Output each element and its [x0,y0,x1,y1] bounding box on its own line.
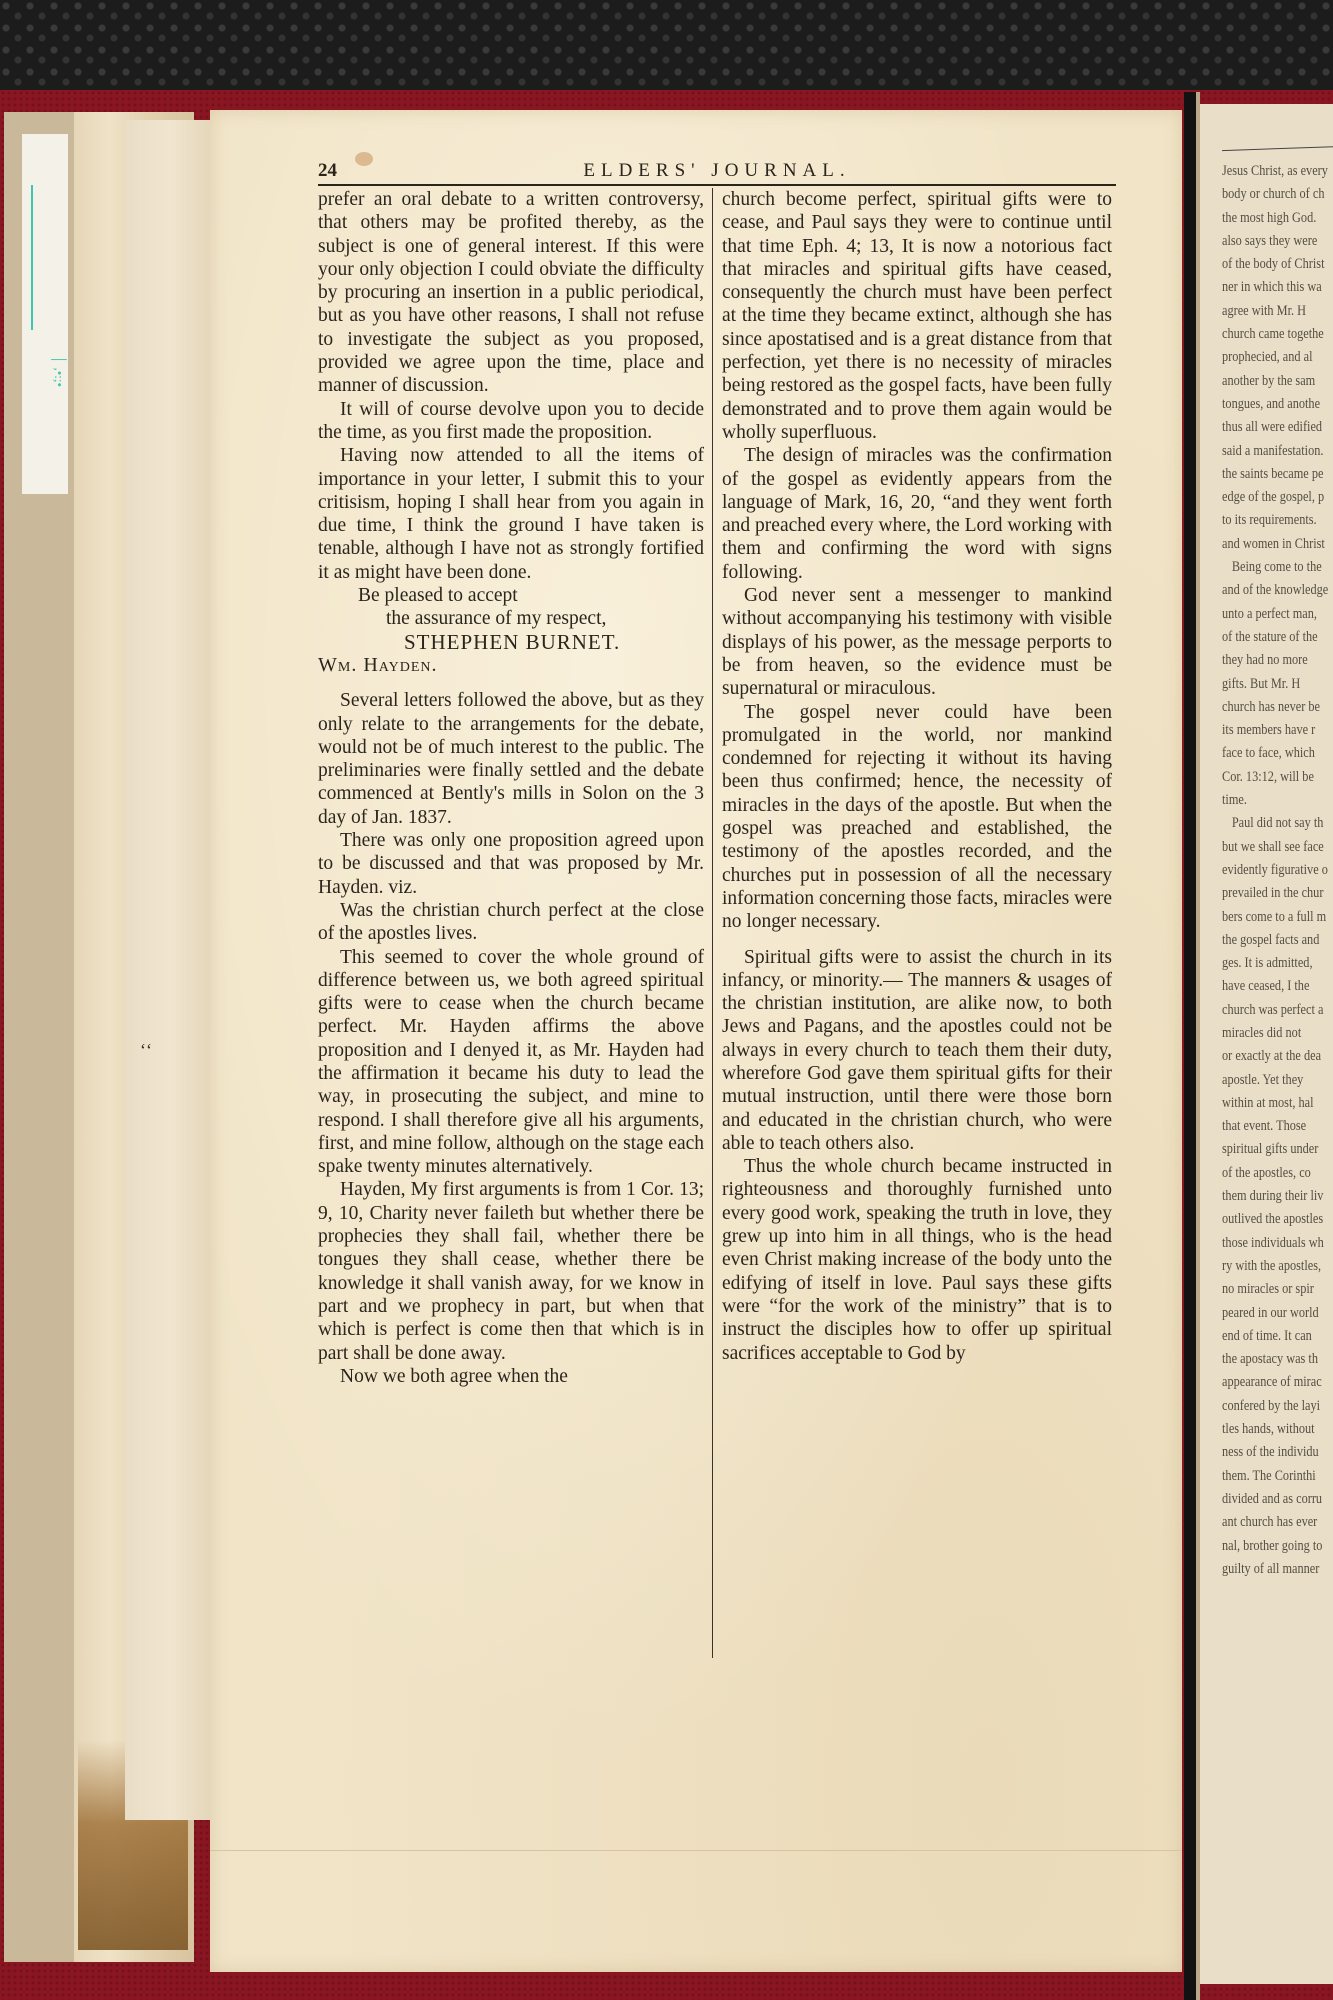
paragraph: God never sent a messenger to mankind wi… [722,584,1112,700]
facing-page-line: church was perfect a [1222,999,1333,1022]
facing-page-line: appearance of mirac [1222,1371,1333,1394]
facing-page-line: agree with Mr. H [1222,300,1333,323]
facing-page-line: them during their liv [1222,1185,1333,1208]
paragraph: church become perfect, spiritual gifts w… [722,188,1112,444]
facing-page-line: evidently figurative o [1222,859,1333,882]
facing-page-line: those individuals wh [1222,1232,1333,1255]
slip-ink-line [31,185,33,330]
book-gutter [1184,92,1196,2000]
facing-page-line: the gospel facts and [1222,929,1333,952]
facing-page-line: ry with the apostles, [1222,1255,1333,1278]
facing-page-text: Jesus Christ, as everybody or church of … [1222,160,1333,1581]
running-title: ELDERS' JOURNAL. [318,160,1116,182]
library-slip [22,134,68,494]
facing-page-line: church has never be [1222,696,1333,719]
facing-page-line: Jesus Christ, as every [1222,160,1333,183]
paragraph: Spiritual gifts were to assist the churc… [722,946,1112,1156]
facing-page-line: ness of the individu [1222,1441,1333,1464]
facing-page-line: divided and as corru [1222,1488,1333,1511]
facing-page-line: nal, brother going to [1222,1535,1333,1558]
facing-page-line: another by the sam [1222,370,1333,393]
addressee: Wm. Hayden. [318,654,704,677]
page-bottom-edge [210,1850,1182,1861]
facing-page-line: but we shall see face [1222,836,1333,859]
margin-mark: ‘ʻ [140,1040,152,1061]
facing-page-line: Paul did not say th [1222,812,1333,835]
facing-page-line: of the body of Christ [1222,253,1333,276]
facing-page-line: that event. Those [1222,1115,1333,1138]
spacer [318,677,704,689]
facing-page-line: thus all were edified [1222,416,1333,439]
closing-line: Be pleased to accept [318,584,704,607]
paragraph: It will of course devolve upon you to de… [318,398,704,445]
spacer [722,934,1112,946]
facing-page-line: face to face, which [1222,742,1333,765]
facing-page-line: the saints became pe [1222,463,1333,486]
left-column: prefer an oral debate to a written contr… [318,188,704,1388]
facing-page-line: time. [1222,789,1333,812]
paragraph: Now we both agree when the [318,1365,704,1388]
facing-page-line: tongues, and anothe [1222,393,1333,416]
facing-page-line: they had no more [1222,649,1333,672]
paragraph: Several letters followed the above, but … [318,689,704,829]
facing-header-rule [1222,146,1333,151]
facing-page-line: and women in Christ [1222,533,1333,556]
facing-page-line: its members have r [1222,719,1333,742]
facing-page-line: also says they were [1222,230,1333,253]
paragraph: Having now attended to all the items of … [318,444,704,584]
facing-page-line: outlived the apostles [1222,1208,1333,1231]
facing-page-line: to its requirements. [1222,509,1333,532]
facing-page-line: miracles did not [1222,1022,1333,1045]
facing-page-line: of the apostles, co [1222,1162,1333,1185]
closing-line: the assurance of my respect, [318,607,704,630]
facing-page-line: spiritual gifts under [1222,1138,1333,1161]
paragraph: There was only one proposition agreed up… [318,829,704,899]
facing-page: Jesus Christ, as everybody or church of … [1200,104,1333,1984]
facing-page-line: end of time. It can [1222,1325,1333,1348]
facing-page-line: have ceased, I the [1222,975,1333,998]
facing-page-line: within at most, hal [1222,1092,1333,1115]
facing-page-line: bers come to a full m [1222,906,1333,929]
facing-page-line: guilty of all manner [1222,1558,1333,1581]
paragraph: prefer an oral debate to a written contr… [318,188,704,398]
facing-page-line: ner in which this wa [1222,276,1333,299]
facing-page-line: body or church of ch [1222,183,1333,206]
facing-page-line: Being come to the [1222,556,1333,579]
slip-handwriting: │ ,•:;• [38,355,66,435]
facing-page-line: no miracles or spir [1222,1278,1333,1301]
facing-page-line: apostle. Yet they [1222,1069,1333,1092]
facing-page-line: peared in our world [1222,1302,1333,1325]
facing-page-line: or exactly at the dea [1222,1045,1333,1068]
facing-page-line: and of the knowledge [1222,579,1333,602]
facing-page-line: tles hands, without [1222,1418,1333,1441]
facing-page-line: edge of the gospel, p [1222,486,1333,509]
facing-page-line: church came togethe [1222,323,1333,346]
binding-stub [125,120,216,1820]
facing-page-line: prevailed in the chur [1222,882,1333,905]
facing-page-line: the apostacy was th [1222,1348,1333,1371]
paragraph: The gospel never could have been promulg… [722,701,1112,934]
facing-page-line: unto a perfect man, [1222,603,1333,626]
facing-page-line: Cor. 13:12, will be [1222,766,1333,789]
paragraph: This seemed to cover the whole ground of… [318,946,704,1179]
paragraph: Was the christian church perfect at the … [318,899,704,946]
right-column: church become perfect, spiritual gifts w… [722,188,1112,1365]
facing-page-line: the most high God. [1222,207,1333,230]
facing-page-line: prophecied, and al [1222,346,1333,369]
column-divider [712,188,713,1658]
facing-page-line: ges. It is admitted, [1222,952,1333,975]
background-mat [0,0,1333,96]
facing-page-line: gifts. But Mr. H [1222,673,1333,696]
page-header: 24 ELDERS' JOURNAL. [318,156,1116,186]
signature: STHEPHEN BURNET. [318,631,704,654]
facing-page-line: them. The Corinthi [1222,1465,1333,1488]
paragraph: The design of miracles was the confirmat… [722,444,1112,584]
facing-page-line: said a manifestation. [1222,440,1333,463]
paragraph: Thus the whole church became instructed … [722,1155,1112,1365]
facing-page-line: of the stature of the [1222,626,1333,649]
paragraph: Hayden, My first arguments is from 1 Cor… [318,1178,704,1364]
facing-page-line: confered by the layi [1222,1395,1333,1418]
facing-page-line: ant church has ever [1222,1511,1333,1534]
